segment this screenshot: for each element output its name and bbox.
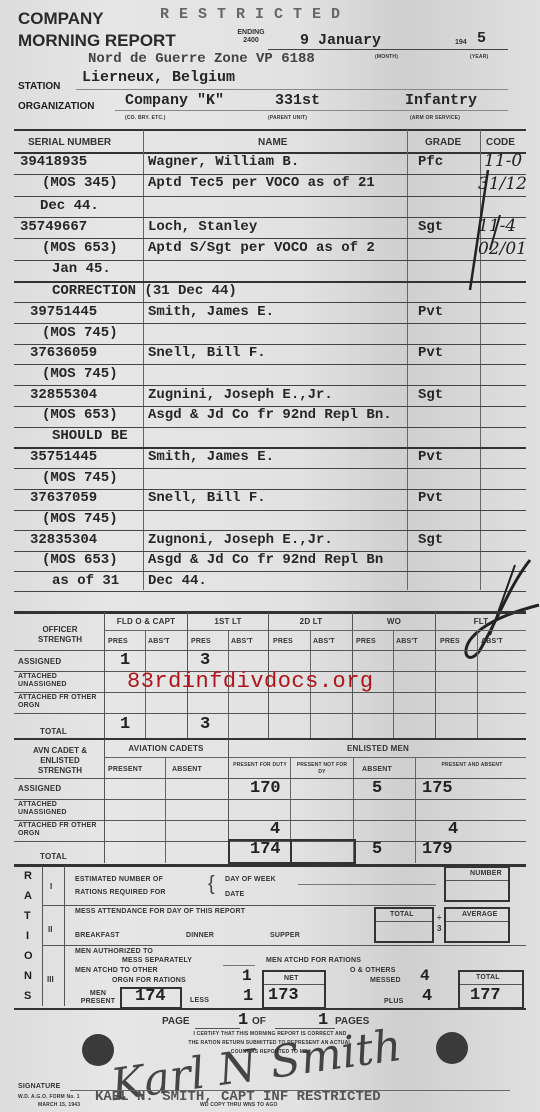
roster-name: Zugnini, Joseph E.,Jr. (148, 387, 333, 403)
enlisted-total-present-for-duty: 174 (250, 840, 281, 859)
subhead-abst: ABS'T (396, 638, 418, 645)
officer-group-1st-lt: 1ST LT (189, 617, 267, 626)
subhead-abst: ABS'T (231, 638, 253, 645)
officer-assigned-fld-pres: 1 (120, 651, 130, 670)
date-label: DATE (225, 891, 244, 898)
officer-top-rule (14, 611, 526, 614)
aviation-cadets-header: AVIATION CADETS (106, 744, 226, 753)
roster-serial: 32855304 (30, 387, 97, 403)
form-id: W.D. A.G.O. FORM No. 1 (18, 1094, 80, 1100)
year-prefix: 194 (455, 39, 467, 46)
roster-name: Loch, Stanley (148, 219, 257, 235)
form-title-morning-report: MORNING REPORT (18, 31, 176, 51)
men-present-value: 174 (135, 987, 166, 1006)
grid-line (446, 880, 508, 881)
total-value: 177 (470, 986, 501, 1005)
subhead-cadet-absent: ABSENT (172, 766, 202, 773)
men-atchd-to-other-value: 1 (242, 967, 252, 985)
roster-grade: Pvt (418, 345, 443, 361)
website-watermark: 83rdinfdivdocs.org (127, 669, 374, 694)
handwritten-initials-icon (440, 555, 540, 675)
organization-label: ORGANIZATION (18, 101, 94, 112)
morning-report-document: COMPANY MORNING REPORT RESTRICTED ENDING… (0, 0, 540, 1112)
of-label: OF (252, 1016, 266, 1027)
grid-line (460, 984, 522, 985)
grid-line (104, 630, 526, 631)
station-label: STATION (18, 81, 60, 92)
roster-grade: Pvt (418, 449, 443, 465)
station-value: Lierneux, Belgium (82, 69, 235, 86)
men-atchd-for-rations-value: 4 (420, 967, 430, 985)
roster-name: Snell, Bill F. (148, 345, 266, 361)
officer-group-wo: WO (354, 617, 434, 626)
roster-serial: (MOS 745) (42, 366, 118, 382)
enlisted-assigned-present-for-duty: 170 (250, 779, 281, 798)
orgn-for-rations-label: ORGN FOR RATIONS (112, 977, 186, 984)
roster-serial: (MOS 745) (42, 470, 118, 486)
grid-line (14, 799, 526, 800)
officer-total-fld-pres: 1 (120, 715, 130, 734)
roster-serial: 37637059 (30, 490, 97, 506)
form-note: WD COPY THRU WNS TO AGO (200, 1102, 278, 1108)
subhead-present-for-duty: PRESENT FOR DUTY (231, 762, 289, 769)
subhead-pres: PRES (440, 638, 460, 645)
roster-remark: Dec 44. (148, 573, 207, 589)
roster-name: Smith, James E. (148, 304, 274, 320)
roster-remark: Aptd S/Sgt per VOCO as of 2 (148, 240, 375, 256)
row-rule (14, 530, 526, 531)
subhead-cadet-present: PRESENT (108, 766, 142, 773)
plus-label: PLUS (384, 998, 403, 1005)
grid-line (42, 945, 526, 946)
grid-line (290, 840, 292, 862)
subhead-pres: PRES (356, 638, 376, 645)
enlisted-men-header: ENLISTED MEN (230, 744, 526, 753)
grid-line (14, 738, 526, 740)
grid-line (42, 905, 436, 906)
roster-serial: (MOS 653) (42, 552, 118, 568)
officer-strength-title: OFFICER STRENGTH (28, 625, 92, 645)
meal-supper: SUPPER (270, 932, 300, 939)
less-value: 1 (243, 987, 253, 1006)
section-ii-roman: II (48, 925, 52, 934)
roster-name: Smith, James E. (148, 449, 274, 465)
average-label: AVERAGE (462, 911, 498, 918)
column-header-code: CODE (486, 137, 515, 148)
plus-value: 4 (422, 987, 432, 1006)
subhead-pres: PRES (273, 638, 293, 645)
enlisted-assigned-total: 175 (422, 779, 453, 798)
rations-letter: O (24, 950, 33, 962)
enlisted-attached-present-for-duty: 4 (270, 820, 280, 839)
punch-hole-right-icon (436, 1032, 468, 1064)
row-rule (14, 385, 526, 386)
roster-top-rule (14, 129, 526, 131)
total-label: TOTAL (476, 974, 500, 981)
grid-line (393, 630, 394, 738)
rations-letter: N (24, 970, 32, 982)
roster-serial: 35751445 (30, 449, 97, 465)
organization-arm: Infantry (405, 92, 477, 109)
rations-letter: I (26, 930, 29, 942)
enlisted-attached-total: 4 (448, 820, 458, 839)
day-of-week-label: DAY OF WEEK (225, 876, 276, 883)
section-iii-roman: III (47, 975, 54, 984)
roster-correction-label: CORRECTION (31 Dec 44) (52, 283, 237, 299)
subhead-pres: PRES (191, 638, 211, 645)
subhead-pres: PRES (108, 638, 128, 645)
roster-serial: 32835304 (30, 532, 97, 548)
enlisted-total-present-and-absent: 179 (422, 840, 453, 859)
men-atchd-to-other-label: MEN ATCHD TO OTHER (75, 967, 158, 974)
column-header-grade: GRADE (425, 137, 461, 148)
subhead-abst: ABS'T (148, 638, 170, 645)
rations-required-label: RATIONS REQUIRED FOR (75, 889, 166, 896)
report-year: 5 (477, 30, 486, 47)
officer-group-fld-o-capt: FLD O & CAPT (106, 617, 186, 626)
roster-serial: Dec 44. (40, 198, 99, 214)
row-label-assigned: ASSIGNED (18, 657, 61, 666)
roster-grade: Pvt (418, 304, 443, 320)
grid-line (415, 757, 416, 863)
officer-assigned-1st-lt-pres: 3 (200, 651, 210, 670)
officers-others-label: O & OTHERS (350, 967, 396, 974)
messed-label: MESSED (370, 977, 401, 984)
brace-icon: { (208, 873, 215, 896)
total-present-box (228, 839, 356, 864)
roster-remark: Asgd & Jd Co fr 92nd Repl Bn (148, 552, 383, 568)
row-rule (14, 302, 526, 303)
organization-company: Company "K" (125, 92, 224, 109)
month-caption: (MONTH) (375, 54, 398, 60)
roster-serial: 39751445 (30, 304, 97, 320)
roster-grade: Pvt (418, 490, 443, 506)
number-label: NUMBER (470, 870, 502, 877)
mess-separately-field[interactable] (223, 965, 255, 966)
mess-separately-label: MESS SEPARATELY (122, 957, 192, 964)
mess-total-label: TOTAL (390, 911, 414, 918)
organization-underline (115, 110, 508, 111)
row-label-total: TOTAL (40, 852, 67, 861)
ending-label: ENDING 2400 (237, 29, 265, 45)
subhead-present-not-for-duty: PRESENT NOT FOR DY (293, 762, 351, 776)
roster-col-divider-1 (143, 130, 144, 590)
page-label: PAGE (162, 1016, 190, 1027)
roster-serial: Jan 45. (52, 261, 111, 277)
roster-serial: (MOS 745) (42, 325, 118, 341)
signature-label: SIGNATURE (18, 1083, 61, 1090)
subhead-abst: ABS'T (481, 638, 503, 645)
column-header-serial: SERIAL NUMBER (28, 137, 111, 148)
classification-stamp: RESTRICTED (160, 6, 350, 23)
roster-serial: (MOS 745) (42, 511, 118, 527)
enlisted-strength-title: AVN CADET & ENLISTED STRENGTH (22, 746, 98, 776)
grid-line (165, 757, 166, 863)
row-rule (14, 364, 526, 365)
handwritten-code-marks-icon (440, 160, 540, 300)
net-value: 173 (268, 986, 299, 1005)
roster-remark: Asgd & Jd Co fr 92nd Repl Bn. (148, 407, 392, 423)
rations-letter: A (24, 890, 32, 902)
mess-attendance-label: MESS ATTENDANCE FOR DAY OF THIS REPORT (75, 908, 245, 915)
rations-letter: R (24, 870, 32, 882)
grid-line (104, 757, 526, 758)
station-underline (76, 89, 508, 90)
row-label-attached-unassigned: ATTACHED UNASSIGNED (18, 801, 98, 817)
row-label-assigned: ASSIGNED (18, 784, 61, 793)
rations-letter: T (24, 910, 31, 922)
org-caption-company: (CO. BRY. ETC.) (125, 115, 166, 121)
section-i-roman: I (50, 882, 52, 891)
date-underline (268, 49, 508, 50)
net-label: NET (284, 975, 299, 982)
roster-serial: (MOS 653) (42, 407, 118, 423)
meal-breakfast: BREAKFAST (75, 932, 120, 939)
row-rule (14, 323, 526, 324)
report-date: 9 January (300, 32, 381, 49)
roster-remark: Aptd Tec5 per VOCO as of 21 (148, 175, 375, 191)
officer-total-1st-lt-pres: 3 (200, 715, 210, 734)
station-grid-reference: Nord de Guerre Zone VP 6188 (88, 51, 315, 67)
roster-serial: (MOS 653) (42, 240, 118, 256)
grid-line (42, 866, 43, 1006)
form-date: MARCH 15, 1943 (38, 1102, 80, 1108)
day-of-week-field[interactable] (298, 884, 436, 885)
page-number: 1 (238, 1011, 248, 1030)
meal-dinner: DINNER (186, 932, 214, 939)
roster-serial: (MOS 345) (42, 175, 118, 191)
grid-line (376, 921, 432, 922)
roster-grade: Sgt (418, 532, 443, 548)
subhead-abst: ABS'T (313, 638, 335, 645)
row-label-attached-fr-other-orgn: ATTACHED FR OTHER ORGN (18, 694, 98, 710)
rations-estimated-label: ESTIMATED NUMBER OF (75, 876, 163, 883)
row-rule (14, 468, 526, 469)
column-header-name: NAME (258, 137, 287, 148)
less-label: LESS (190, 997, 209, 1004)
men-present-label: MEN PRESENT (80, 990, 116, 1006)
roster-serial: 37636059 (30, 345, 97, 361)
roster-name: Wagner, William B. (148, 154, 299, 170)
roster-serial: 35749667 (20, 219, 87, 235)
page-total: 1 (318, 1011, 328, 1030)
grid-line (446, 921, 508, 922)
org-caption-arm: (ARM OR SERVICE) (410, 115, 460, 121)
roster-serial: as of 31 (52, 573, 119, 589)
grid-line (477, 630, 478, 738)
grid-line (14, 650, 526, 651)
row-label-attached-unassigned: ATTACHED UNASSIGNED (18, 673, 98, 689)
roster-should-be-label: SHOULD BE (52, 428, 128, 444)
row-label-attached-fr-other-orgn: ATTACHED FR OTHER ORGN (18, 822, 98, 838)
officer-group-2d-lt: 2D LT (270, 617, 352, 626)
enlisted-assigned-absent: 5 (372, 779, 382, 798)
men-authorized-label: MEN AUTHORIZED TO (75, 948, 153, 955)
roster-serial: 39418935 (20, 154, 87, 170)
grid-line (195, 1028, 240, 1029)
roster-name: Zugnoni, Joseph E.,Jr. (148, 532, 333, 548)
grid-line (64, 866, 65, 1006)
org-caption-unit: (PARENT UNIT) (268, 115, 307, 121)
roster-name: Snell, Bill F. (148, 490, 266, 506)
grid-line (14, 1008, 526, 1010)
subhead-present-and-absent: PRESENT AND ABSENT (420, 762, 524, 769)
grid-line (264, 984, 324, 985)
row-label-total: TOTAL (40, 727, 67, 736)
organization-unit: 331st (275, 92, 320, 109)
grid-line (14, 713, 526, 714)
roster-grade: Sgt (418, 387, 443, 403)
enlisted-total-absent: 5 (372, 840, 382, 859)
roster-col-divider-2 (407, 130, 408, 590)
form-title-company: COMPANY (18, 9, 104, 29)
officer-group-flt: FLT (437, 617, 525, 626)
year-caption: (YEAR) (470, 54, 488, 60)
men-atchd-for-rations-label: MEN ATCHD FOR RATIONS (266, 957, 361, 964)
subhead-absent: ABSENT (362, 766, 392, 773)
rations-letter: S (24, 990, 31, 1002)
